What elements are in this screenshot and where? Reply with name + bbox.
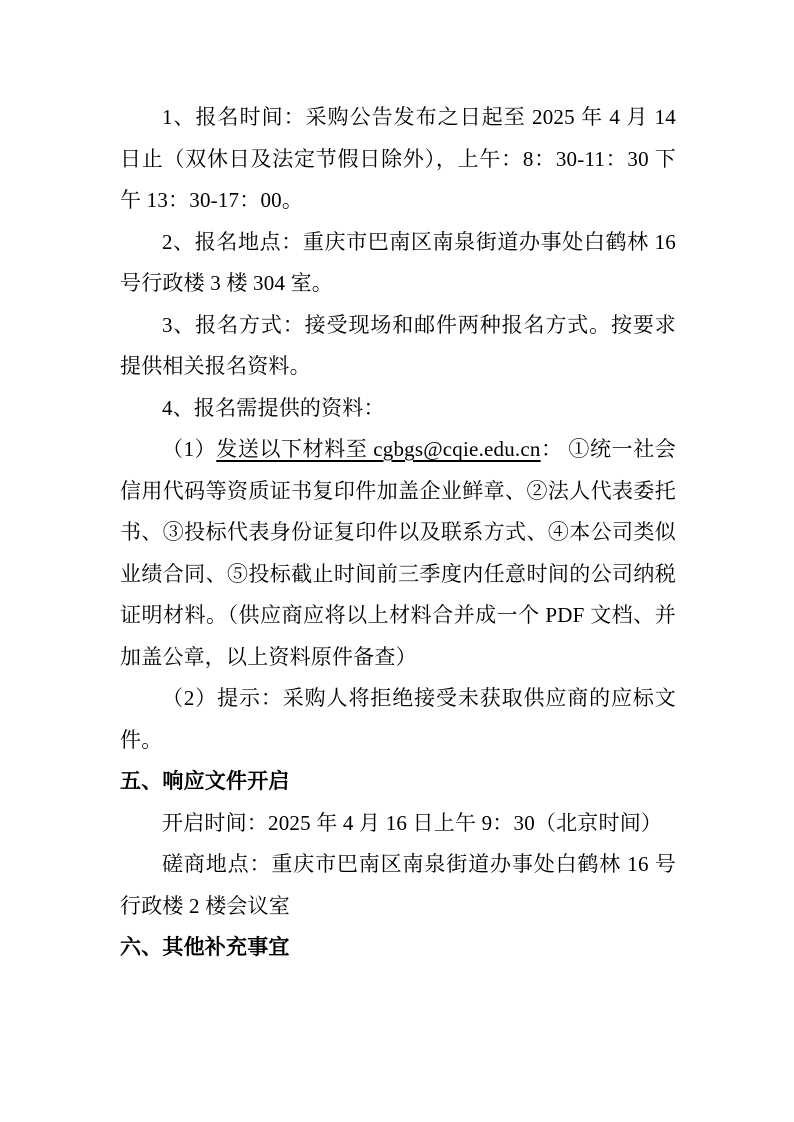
paragraph-registration-time: 1、报名时间：采购公告发布之日起至 2025 年 4 月 14 日止（双休日及法… [120,97,676,222]
paragraph-registration-materials-title: 4、报名需提供的资料： [120,388,676,430]
paragraph-opening-location: 磋商地点：重庆市巴南区南泉街道办事处白鹤林 16 号行政楼 2 楼会议室 [120,844,676,927]
document-page: 1、报名时间：采购公告发布之日起至 2025 年 4 月 14 日止（双休日及法… [0,0,794,1122]
paragraph-registration-method: 3、报名方式：接受现场和邮件两种报名方式。按要求提供相关报名资料。 [120,305,676,388]
email-underlined-text: 发送以下材料至 cgbgs@cqie.edu.cn [216,437,540,461]
materials-detail-suffix: ： ①统一社会信用代码等资质证书复印件加盖企业鲜章、②法人代表委托书、③投标代表… [120,437,676,669]
materials-detail-prefix: （1） [162,437,216,461]
paragraph-registration-materials-detail: （1）发送以下材料至 cgbgs@cqie.edu.cn： ①统一社会信用代码等… [120,429,676,678]
heading-section-6-other-matters: 六、其他补充事宜 [120,927,676,969]
paragraph-opening-time: 开启时间：2025 年 4 月 16 日上午 9：30（北京时间） [120,803,676,845]
paragraph-registration-notice: （2）提示：采购人将拒绝接受未获取供应商的应标文件。 [120,678,676,761]
paragraph-registration-location: 2、报名地点：重庆市巴南区南泉街道办事处白鹤林 16 号行政楼 3 楼 304 … [120,222,676,305]
heading-section-5-response-file-opening: 五、响应文件开启 [120,761,676,803]
